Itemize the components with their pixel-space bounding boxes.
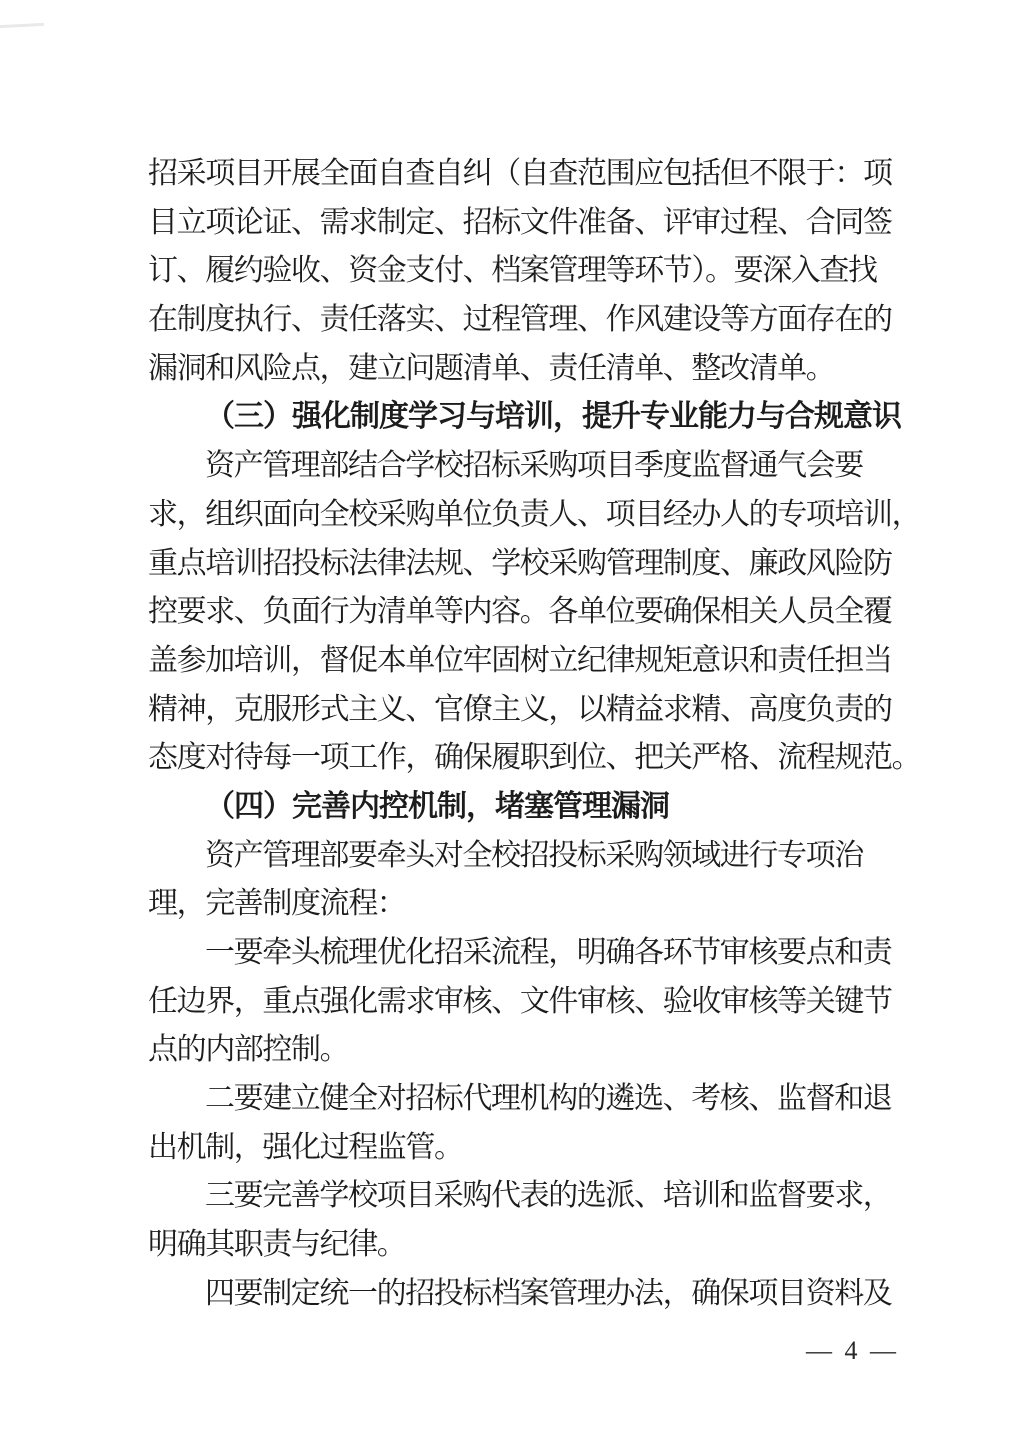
text-line: 盖参加培训，督促本单位牢固树立纪律规矩意识和责任担当 [148, 637, 888, 686]
text-line: 资产管理部结合学校招标采购项目季度监督通气会要 [148, 442, 888, 491]
text-line: 明确其职责与纪律。 [148, 1221, 888, 1270]
text-line: 出机制，强化过程监管。 [148, 1124, 888, 1173]
paragraph-continuation: 招采项目开展全面自查自纠（自查范围应包括但不限于：项 目立项论证、需求制定、招标… [148, 150, 888, 393]
text-line: 精神，克服形式主义、官僚主义，以精益求精、高度负责的 [148, 686, 888, 735]
heading-line: （三）强化制度学习与培训，提升专业能力与合规意识 [148, 393, 888, 442]
document-text-block: 招采项目开展全面自查自纠（自查范围应包括但不限于：项 目立项论证、需求制定、招标… [148, 150, 888, 1319]
text-line: 二要建立健全对招标代理机构的遴选、考核、监督和退 [148, 1075, 888, 1124]
text-line: 求，组织面向全校采购单位负责人、项目经办人的专项培训， [148, 491, 888, 540]
section-heading-4: （四）完善内控机制，堵塞管理漏洞 [148, 783, 888, 832]
paragraph-item-3: 三要完善学校项目采购代表的选派、培训和监督要求， 明确其职责与纪律。 [148, 1172, 888, 1269]
paragraph-item-4: 四要制定统一的招投标档案管理办法，确保项目资料及 [148, 1270, 888, 1319]
text-line: 重点培训招投标法律法规、学校采购管理制度、廉政风险防 [148, 540, 888, 589]
scan-artifact-mark [0, 23, 44, 28]
section-heading-3: （三）强化制度学习与培训，提升专业能力与合规意识 [148, 393, 888, 442]
text-line: 在制度执行、责任落实、过程管理、作风建设等方面存在的 [148, 296, 888, 345]
text-line: 招采项目开展全面自查自纠（自查范围应包括但不限于：项 [148, 150, 888, 199]
text-line: 三要完善学校项目采购代表的选派、培训和监督要求， [148, 1172, 888, 1221]
paragraph-item-2: 二要建立健全对招标代理机构的遴选、考核、监督和退 出机制，强化过程监管。 [148, 1075, 888, 1172]
paragraph-internal-control-intro: 资产管理部要牵头对全校招投标采购领域进行专项治 理，完善制度流程： [148, 832, 888, 929]
text-line: 漏洞和风险点，建立问题清单、责任清单、整改清单。 [148, 345, 888, 394]
text-line: 四要制定统一的招投标档案管理办法，确保项目资料及 [148, 1270, 888, 1319]
text-line: 资产管理部要牵头对全校招投标采购领域进行专项治 [148, 832, 888, 881]
paragraph-training: 资产管理部结合学校招标采购项目季度监督通气会要 求，组织面向全校采购单位负责人、… [148, 442, 888, 783]
text-line: 理，完善制度流程： [148, 880, 888, 929]
text-line: 任边界，重点强化需求审核、文件审核、验收审核等关键节 [148, 978, 888, 1027]
text-line: 订、履约验收、资金支付、档案管理等环节）。要深入查找 [148, 247, 888, 296]
text-line: 点的内部控制。 [148, 1026, 888, 1075]
paragraph-item-1: 一要牵头梳理优化招采流程，明确各环节审核要点和责 任边界，重点强化需求审核、文件… [148, 929, 888, 1075]
document-page: 招采项目开展全面自查自纠（自查范围应包括但不限于：项 目立项论证、需求制定、招标… [0, 0, 1024, 1448]
page-number: — 4 — [806, 1336, 899, 1366]
heading-line: （四）完善内控机制，堵塞管理漏洞 [148, 783, 888, 832]
text-line: 态度对待每一项工作，确保履职到位、把关严格、流程规范。 [148, 734, 888, 783]
text-line: 一要牵头梳理优化招采流程，明确各环节审核要点和责 [148, 929, 888, 978]
text-line: 控要求、负面行为清单等内容。各单位要确保相关人员全覆 [148, 588, 888, 637]
text-line: 目立项论证、需求制定、招标文件准备、评审过程、合同签 [148, 199, 888, 248]
